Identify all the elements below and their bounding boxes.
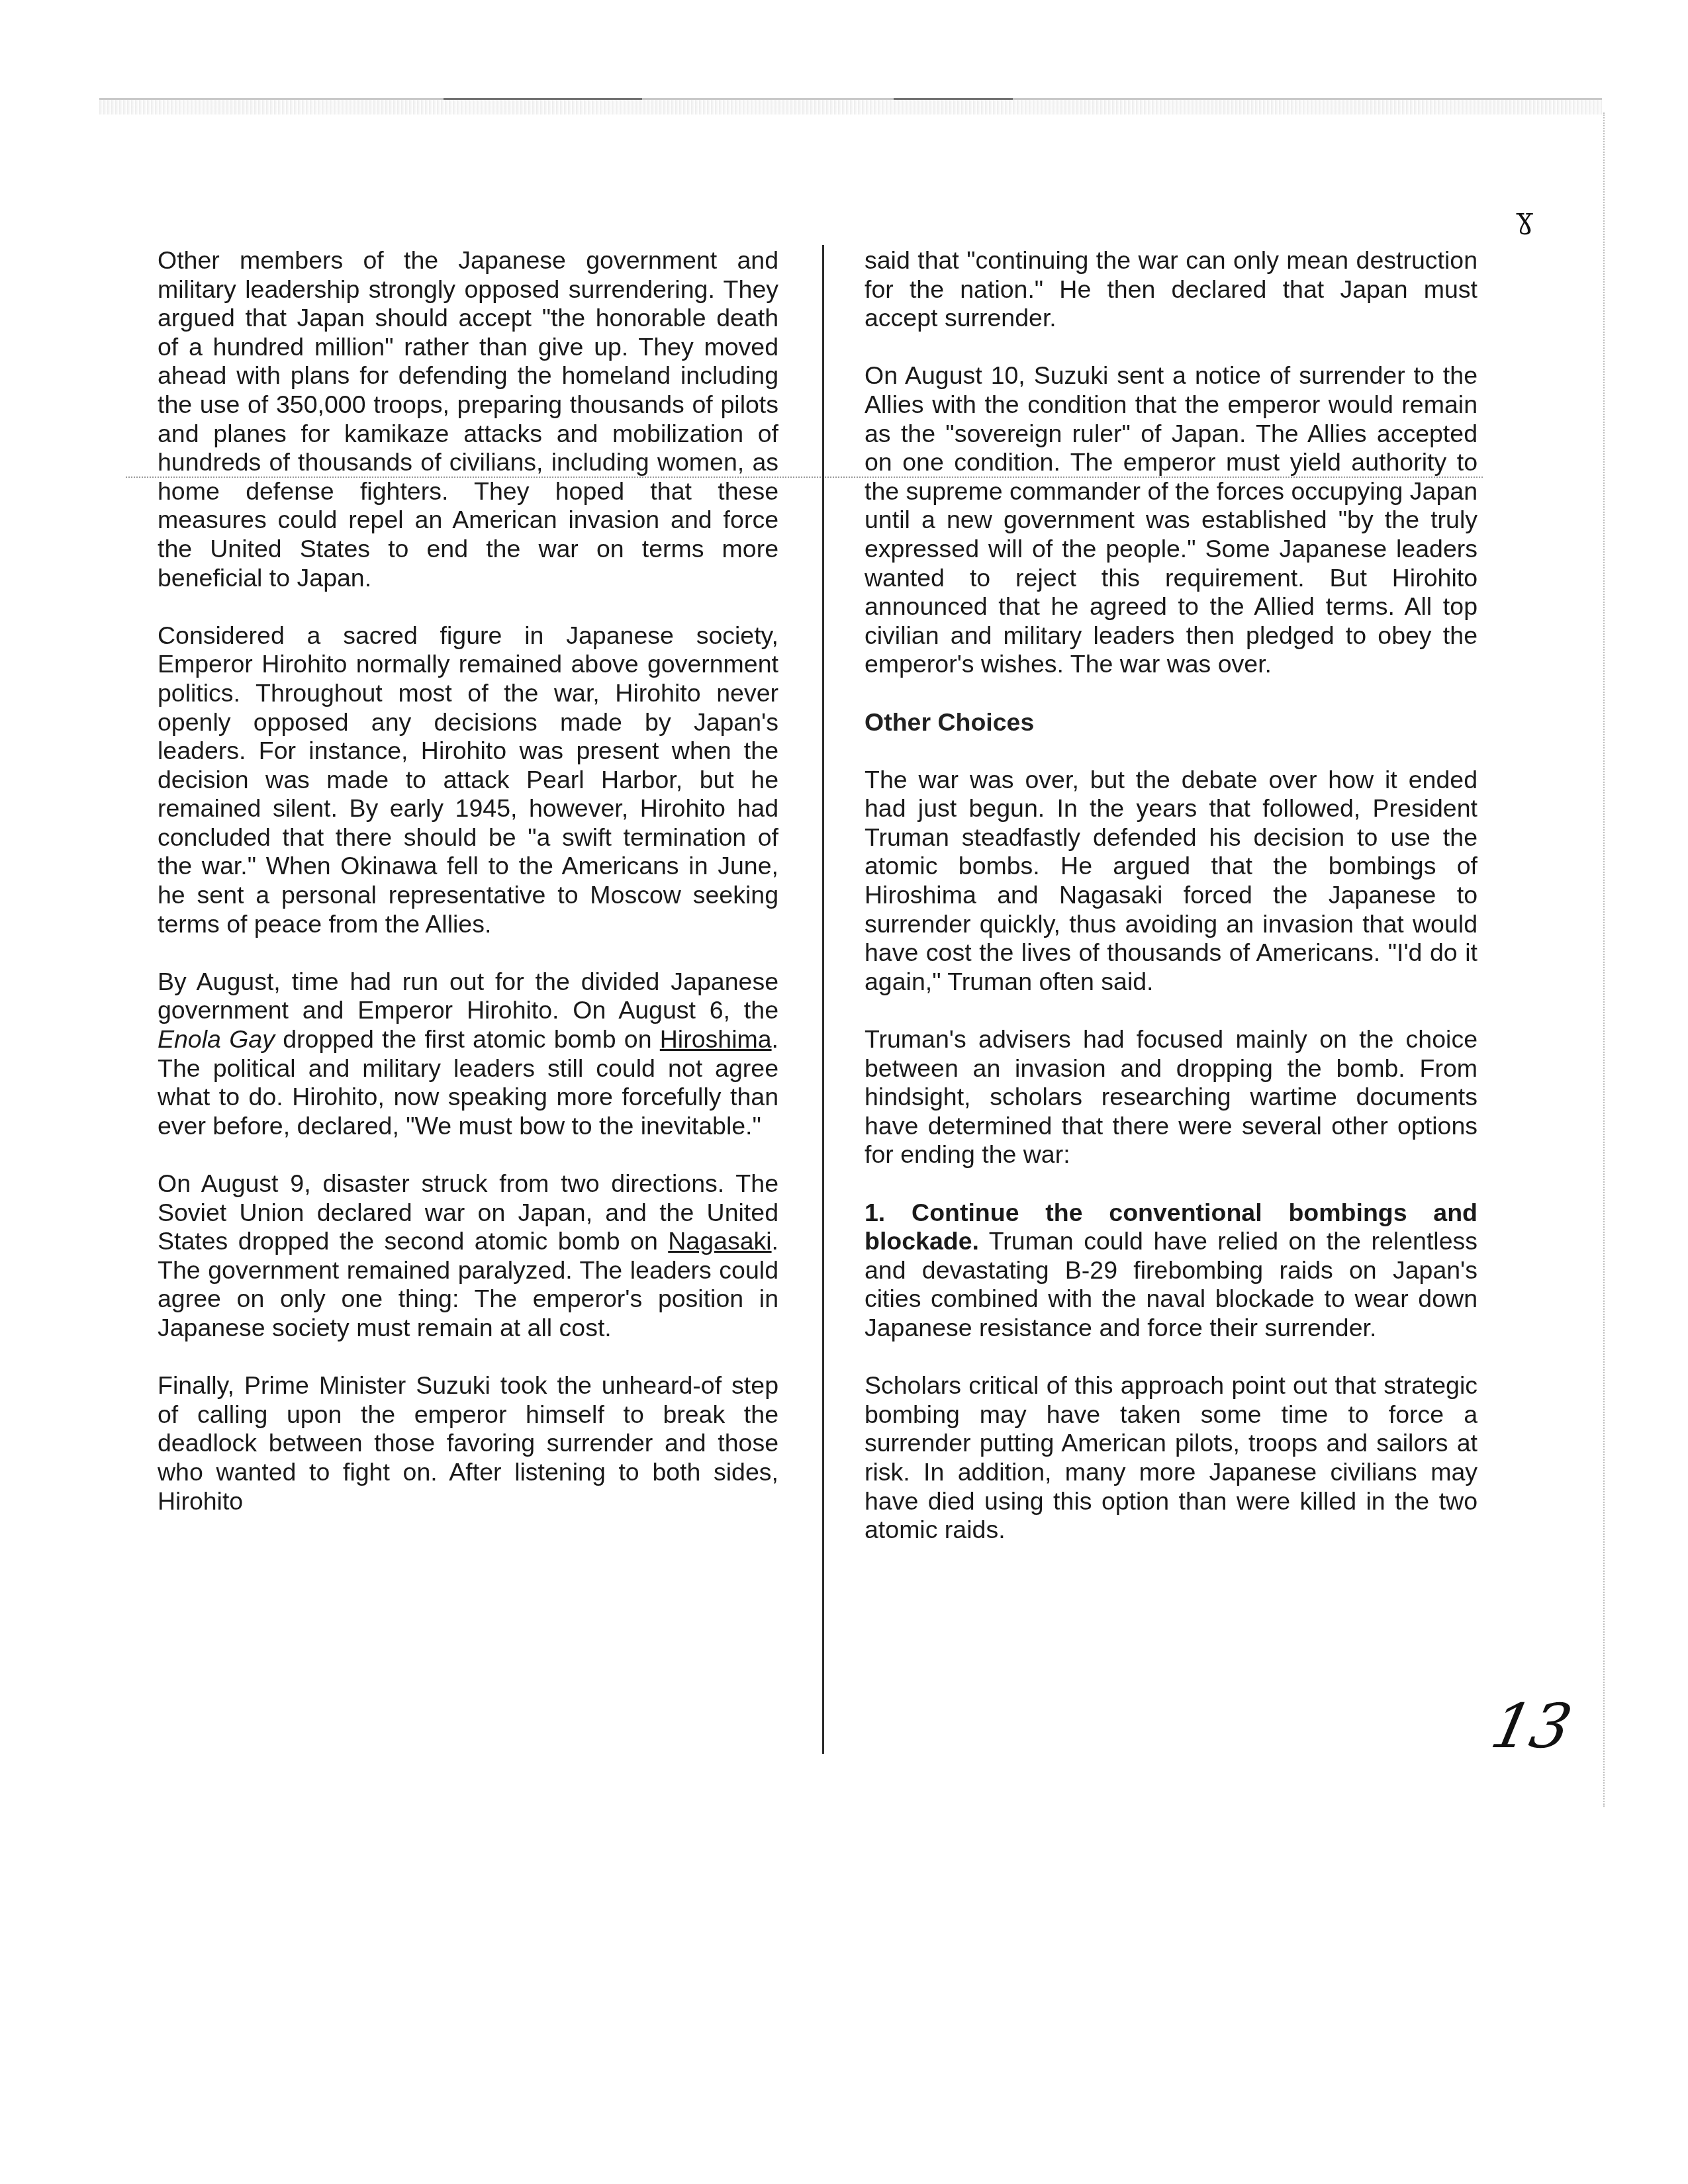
paragraph: Truman's advisers had focused mainly on …: [865, 1025, 1477, 1169]
column-divider: [822, 245, 824, 1754]
paragraph: On August 10, Suzuki sent a notice of su…: [865, 361, 1477, 679]
scan-artifact-strip: [99, 98, 1602, 114]
paragraph: The war was over, but the debate over ho…: [865, 766, 1477, 997]
paragraph: Considered a sacred figure in Japanese s…: [158, 621, 778, 939]
paragraph: Other members of the Japanese government…: [158, 246, 778, 592]
ship-name: Enola Gay: [158, 1025, 275, 1053]
link-nagasaki[interactable]: Nagasaki: [668, 1227, 771, 1255]
paragraph: 1. Continue the conventional bombings an…: [865, 1199, 1477, 1343]
handwritten-corner-mark: ɣ: [1516, 202, 1533, 236]
section-heading: Other Choices: [865, 708, 1477, 737]
link-hiroshima[interactable]: Hiroshima: [660, 1025, 772, 1053]
scan-right-edge: [1603, 113, 1606, 1807]
paragraph: On August 9, disaster struck from two di…: [158, 1169, 778, 1343]
left-column: Other members of the Japanese government…: [158, 246, 778, 1749]
right-column: said that "continuing the war can only m…: [865, 246, 1477, 1573]
paragraph: said that "continuing the war can only m…: [865, 246, 1477, 333]
page-number: 13: [1485, 1691, 1578, 1762]
paragraph: Finally, Prime Minister Suzuki took the …: [158, 1371, 778, 1516]
paragraph: By August, time had run out for the divi…: [158, 968, 778, 1141]
paragraph: Scholars critical of this approach point…: [865, 1371, 1477, 1545]
